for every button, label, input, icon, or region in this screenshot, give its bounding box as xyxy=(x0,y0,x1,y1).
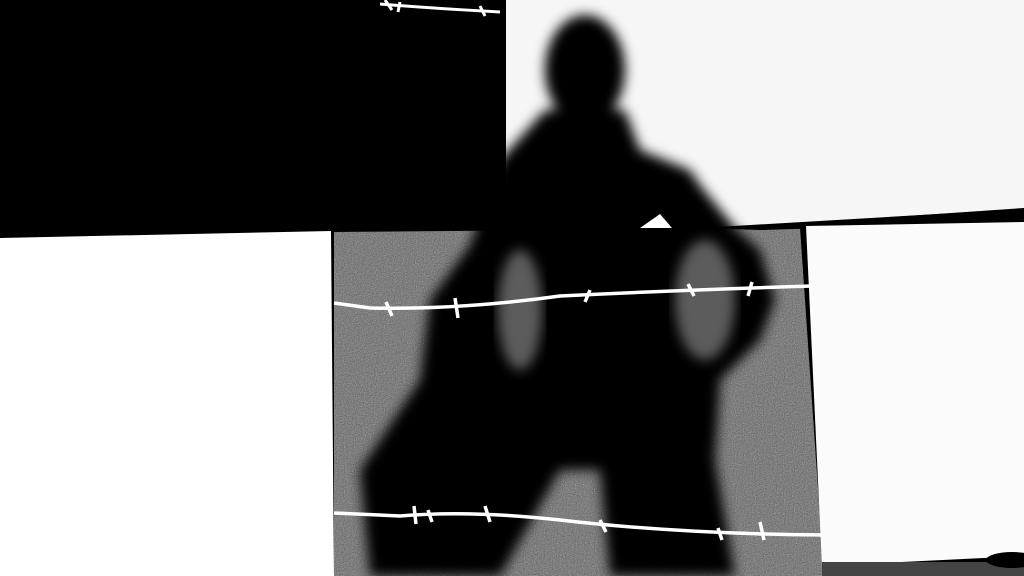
waist-gap xyxy=(498,250,542,370)
photo-collage xyxy=(0,0,1024,576)
arm-gap xyxy=(675,240,735,360)
black-top-left-panel xyxy=(0,0,506,240)
white-right-panel xyxy=(806,222,1024,566)
white-bottom-left-panel xyxy=(0,231,334,576)
collage-graphic xyxy=(0,0,1024,576)
